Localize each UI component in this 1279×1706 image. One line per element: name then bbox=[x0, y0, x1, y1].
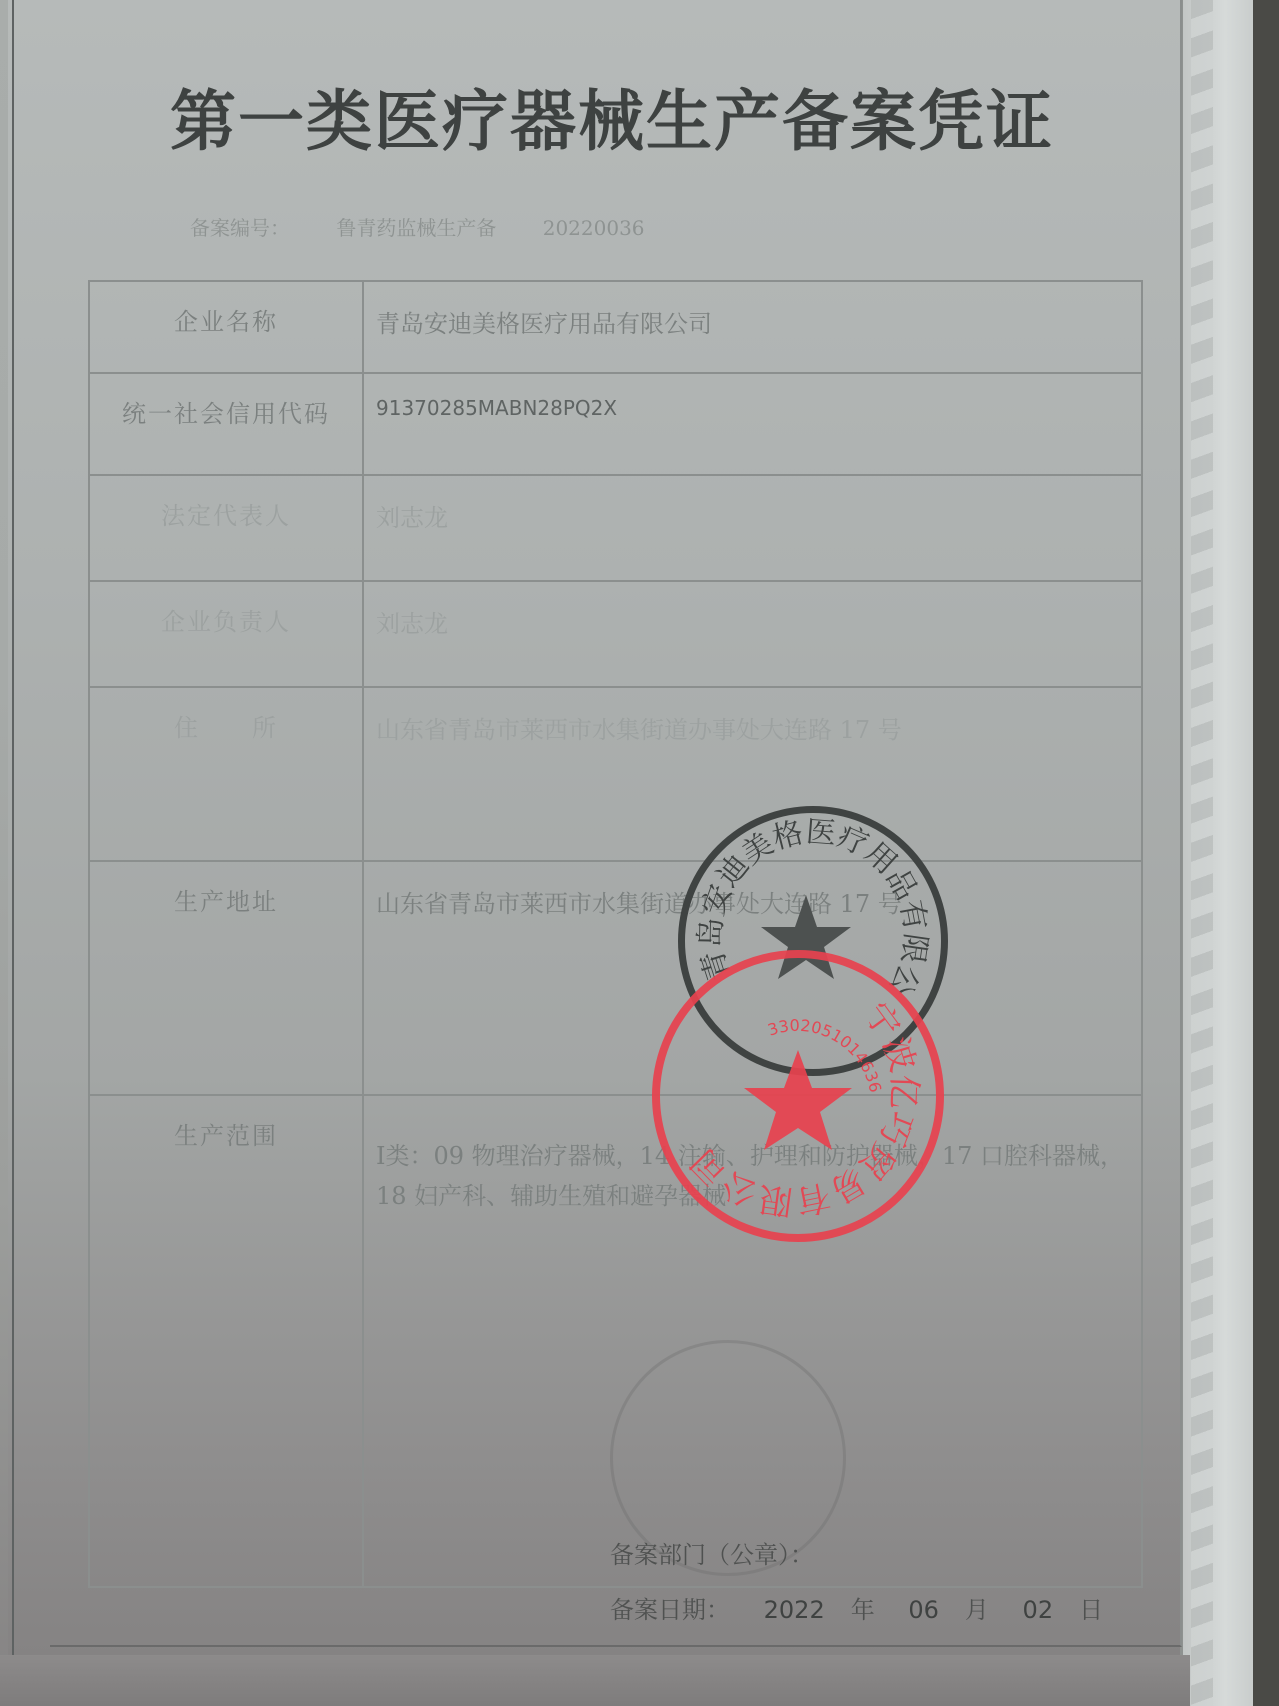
date-month: 06 bbox=[908, 1596, 939, 1624]
principal-value: 刘志龙 bbox=[363, 581, 1142, 687]
date-label: 备案日期： bbox=[610, 1596, 730, 1624]
table-row: 企业负责人 刘志龙 bbox=[89, 581, 1142, 687]
field-label: 统一社会信用代码 bbox=[89, 373, 363, 475]
sheet-edge bbox=[12, 0, 14, 1660]
registration-number: 20220036 bbox=[543, 216, 645, 240]
table-row: 生产范围 Ⅰ类：09 物理治疗器械，14 注输、护理和防护器械，17 口腔科器械… bbox=[89, 1095, 1142, 1587]
year-unit: 年 bbox=[851, 1596, 875, 1624]
field-label: 法定代表人 bbox=[89, 475, 363, 581]
date-day: 02 bbox=[1023, 1596, 1054, 1624]
page-bottom-strip bbox=[0, 1655, 1190, 1706]
seal-graphic: 宁波亿巧贸易有限公司 3302051014636 bbox=[660, 958, 936, 1234]
table-row: 生产地址 山东省青岛市莱西市水集街道办事处大连路 17 号 bbox=[89, 861, 1142, 1095]
registration-line: 备案编号： 鲁青药监械生产备 20220036 bbox=[190, 212, 685, 241]
filing-department-label: 备案部门（公章）： bbox=[610, 1535, 814, 1570]
field-label: 生产范围 bbox=[89, 1095, 363, 1587]
field-label: 住 所 bbox=[89, 687, 363, 861]
table-row: 住 所 山东省青岛市莱西市水集街道办事处大连路 17 号 bbox=[89, 687, 1142, 861]
legal-rep-value: 刘志龙 bbox=[363, 475, 1142, 581]
credit-code-value: 91370285MABN28PQ2X bbox=[363, 373, 1142, 475]
company-name-value: 青岛安迪美格医疗用品有限公司 bbox=[363, 281, 1142, 373]
certificate-table: 企业名称 青岛安迪美格医疗用品有限公司 统一社会信用代码 91370285MAB… bbox=[88, 280, 1143, 1588]
day-unit: 日 bbox=[1079, 1596, 1103, 1624]
page-edge-pattern bbox=[1191, 0, 1213, 1706]
registration-prefix: 鲁青药监械生产备 bbox=[336, 216, 496, 240]
document-title: 第一类医疗器械生产备案凭证 bbox=[170, 68, 1050, 163]
filing-date: 备案日期： 2022年 06月 02日 bbox=[610, 1590, 1103, 1625]
underlying-pages bbox=[1183, 0, 1253, 1706]
star-icon bbox=[744, 1050, 852, 1150]
table-row: 统一社会信用代码 91370285MABN28PQ2X bbox=[89, 373, 1142, 475]
field-label: 企业负责人 bbox=[89, 581, 363, 687]
field-label: 生产地址 bbox=[89, 861, 363, 1095]
company-seal-red: 宁波亿巧贸易有限公司 3302051014636 bbox=[652, 950, 944, 1242]
table-row: 法定代表人 刘志龙 bbox=[89, 475, 1142, 581]
table-row: 企业名称 青岛安迪美格医疗用品有限公司 bbox=[89, 281, 1142, 373]
registration-label: 备案编号： bbox=[190, 216, 290, 240]
month-unit: 月 bbox=[965, 1596, 989, 1624]
field-label: 企业名称 bbox=[89, 281, 363, 373]
background-surface bbox=[1253, 0, 1279, 1706]
date-year: 2022 bbox=[764, 1596, 825, 1624]
